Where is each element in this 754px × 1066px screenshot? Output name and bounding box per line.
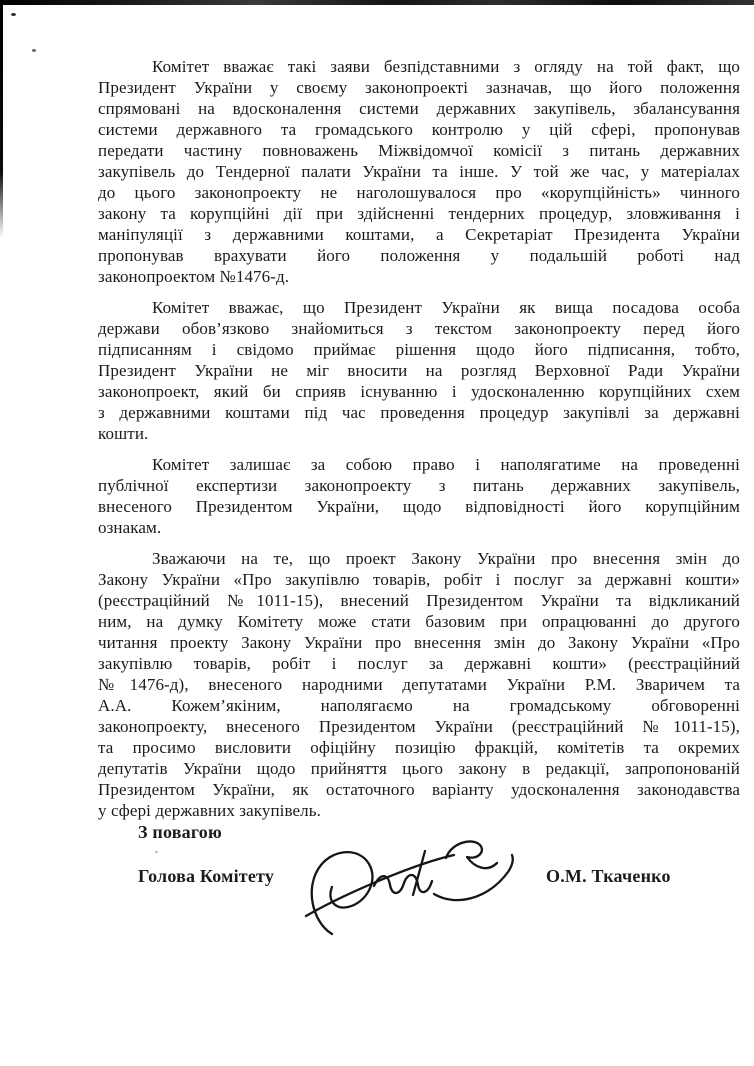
- text-line: у сфері державних закупівель.: [98, 800, 740, 821]
- text-line: Комітет вважає, що Президент України як …: [98, 297, 740, 318]
- text-line: закупівлю товарів, робіт і послуг за дер…: [98, 653, 740, 674]
- text-line: законопроекту, внесеного Президентом Укр…: [98, 716, 740, 737]
- text-line: підписанням і свідомо приймає рішення що…: [98, 339, 740, 360]
- scan-speck: [32, 49, 36, 52]
- text-line: законопроектом №1476-д.: [98, 266, 740, 287]
- scan-speck: [155, 851, 158, 853]
- text-line: Закону України «Про закупівлю товарів, р…: [98, 569, 740, 590]
- scan-speck: [11, 13, 16, 16]
- text-line: депутатів України щодо прийняття цього з…: [98, 758, 740, 779]
- text-line: Президент України у своєму законопроекті…: [98, 77, 740, 98]
- scan-edge-left-strip: [0, 0, 3, 238]
- text-line: з державними коштами під час проведення …: [98, 402, 740, 423]
- paragraph-president-responsibility: Комітет вважає, що Президент України як …: [98, 297, 740, 444]
- paragraph-draft-law-proposal: Зважаючи на те, що проект Закону України…: [98, 548, 740, 821]
- text-line: закупівель до Тендерної палати України т…: [98, 161, 740, 182]
- text-line: внесеного Президентом України, щодо відп…: [98, 496, 740, 517]
- text-line: системи державного та громадського контр…: [98, 119, 740, 140]
- text-line: передати частину повноважень Міжвідомчої…: [98, 140, 740, 161]
- text-line: закону та корупційні дії при здійсненні …: [98, 203, 740, 224]
- text-line: ознакам.: [98, 517, 740, 538]
- text-line: пропонував врахувати його положення у по…: [98, 245, 740, 266]
- signer-title: Голова Комітету: [138, 866, 274, 887]
- text-line: маніпуляції з державними коштами, а Секр…: [98, 224, 740, 245]
- text-line: Комітет залишає за собою право і наполяг…: [98, 454, 740, 475]
- scan-edge-top-bar: [0, 0, 754, 5]
- text-line: ним, на думку Комітету може стати базови…: [98, 611, 740, 632]
- text-line: №1476-д), внесеного народними депутатами…: [98, 674, 740, 695]
- signer-name: О.М. Ткаченко: [546, 866, 671, 887]
- paragraph-public-expertise: Комітет залишає за собою право і наполяг…: [98, 454, 740, 538]
- text-line: А.А. Кожем’якіним, наполягаємо на громад…: [98, 695, 740, 716]
- text-line: читання проекту Закону України про внесе…: [98, 632, 740, 653]
- text-line: спрямовані на вдосконалення системи держ…: [98, 98, 740, 119]
- letter-body: Комітет вважає такі заяви безпідставними…: [98, 56, 740, 831]
- text-line: публічної експертизи законопроекту з пит…: [98, 475, 740, 496]
- paragraph-committee-rebuttal: Комітет вважає такі заяви безпідставними…: [98, 56, 740, 287]
- text-line: (реєстраційний №1011-15), внесений Прези…: [98, 590, 740, 611]
- text-line: та просимо висловити офіційну позицію фр…: [98, 737, 740, 758]
- text-line: законопроект, який би сприяв існуванню і…: [98, 381, 740, 402]
- handwritten-signature-icon: [296, 834, 528, 940]
- text-line: до цього законопроекту не наголошувалося…: [98, 182, 740, 203]
- text-line: Зважаючи на те, що проект Закону України…: [98, 548, 740, 569]
- text-line: Президент України не міг вносити на розг…: [98, 360, 740, 381]
- text-line: Комітет вважає такі заяви безпідставними…: [98, 56, 740, 77]
- closing-salutation: З повагою: [138, 822, 222, 843]
- scanned-document-page: Комітет вважає такі заяви безпідставними…: [0, 0, 754, 1066]
- text-line: кошти.: [98, 423, 740, 444]
- text-line: Президентом України, як остаточного варі…: [98, 779, 740, 800]
- text-line: держави обов’язково знайомиться з тексто…: [98, 318, 740, 339]
